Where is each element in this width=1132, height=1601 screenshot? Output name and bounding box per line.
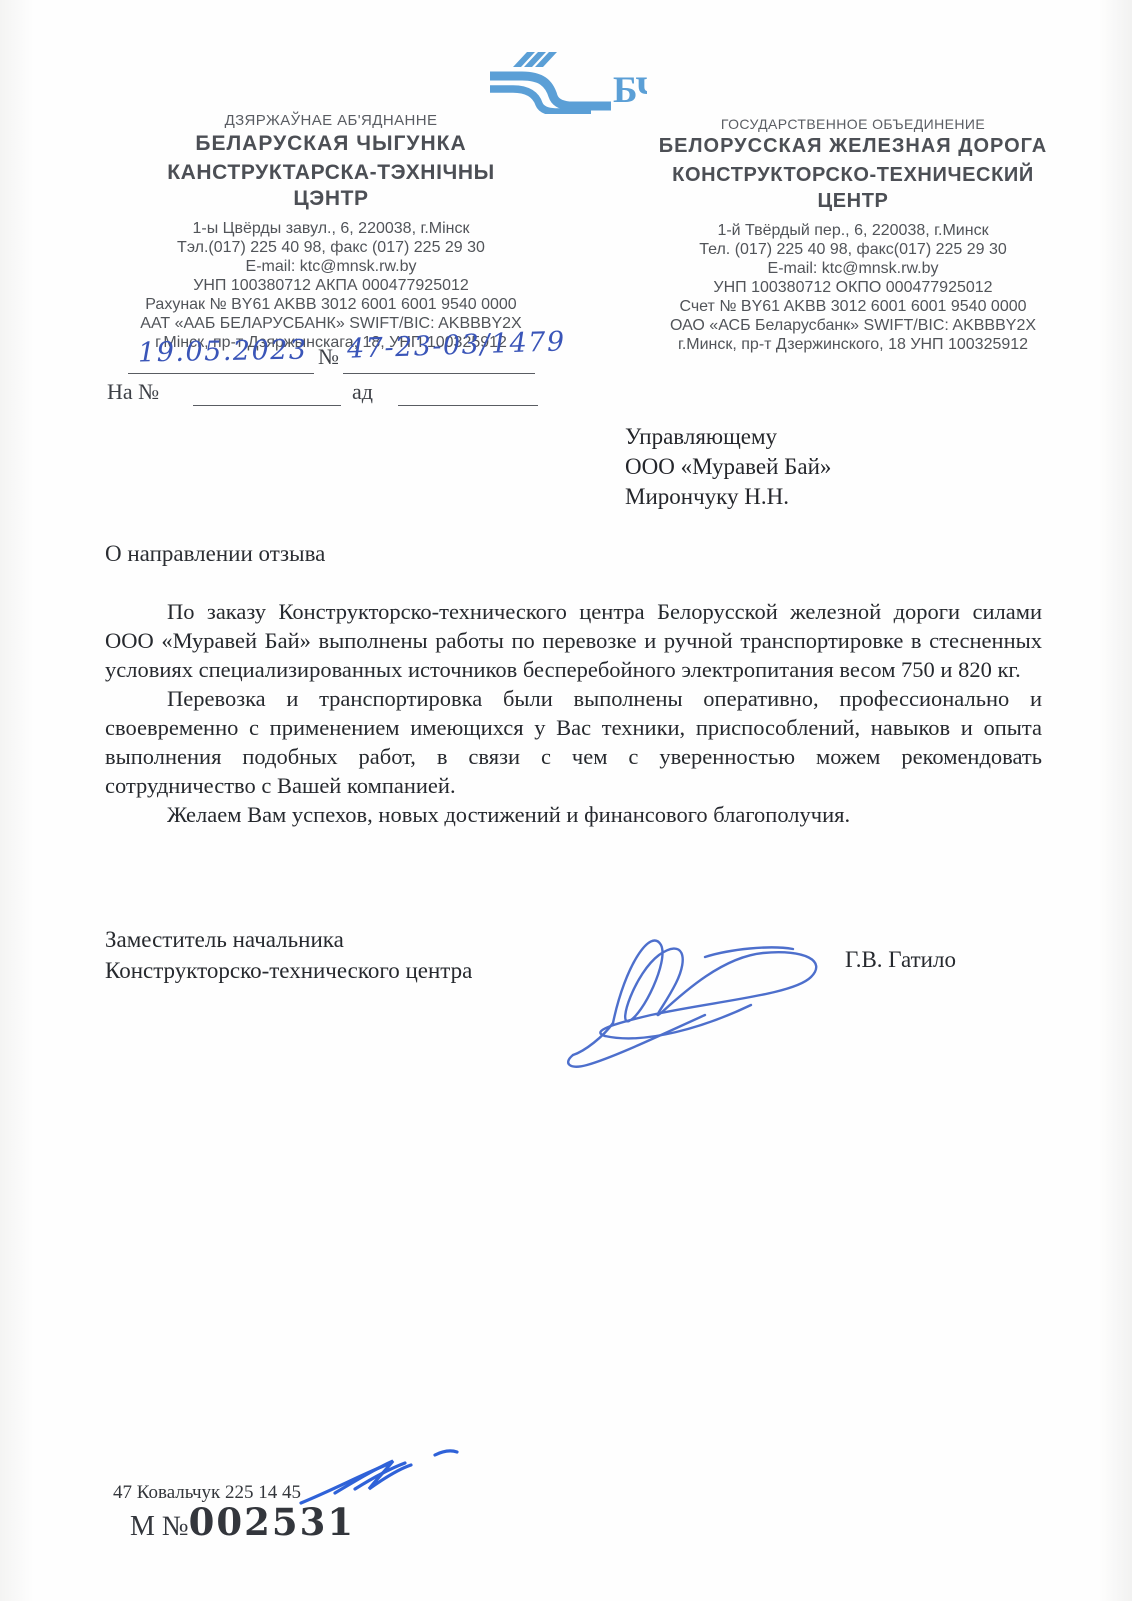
reply-to-label: На №	[107, 379, 159, 405]
center-name-ru: КОНСТРУКТОРСКО-ТЕХНИЧЕСКИЙ ЦЕНТР	[622, 162, 1084, 214]
recipient-block: Управляющему ООО «Муравей Бай» Мирончуку…	[625, 422, 831, 512]
number-label: №	[318, 344, 339, 370]
stamp-number: 002531	[189, 1500, 355, 1544]
address-line: Рахунак № BY61 AKBB 3012 6001 6001 9540 …	[100, 295, 562, 314]
address-line: 1-й Твёрдый пер., 6, 220038, г.Минск	[622, 221, 1084, 240]
handwritten-date: 19.05.2023	[138, 335, 308, 369]
number-underline	[343, 372, 535, 374]
reply-date-underline	[398, 404, 538, 406]
letterhead-right: ГОСУДАРСТВЕННОЕ ОБЪЕДИНЕНИЕ БЕЛОРУССКАЯ …	[622, 116, 1084, 354]
address-line: 1-ы Цвёрды завул., 6, 220038, г.Мінск	[100, 219, 562, 238]
org-type-ru: ГОСУДАРСТВЕННОЕ ОБЪЕДИНЕНИЕ	[622, 116, 1084, 132]
scanned-letter-page: БЧ ДЗЯРЖАЎНАЕ АБ'ЯДНАННЕ БЕЛАРУСКАЯ ЧЫГУ…	[0, 0, 1132, 1601]
center-name-ru-line2: ЦЕНТР	[622, 188, 1084, 214]
address-line: УНП 100380712 ОКПО 000477925012	[622, 278, 1084, 297]
address-line: Тэл.(017) 225 40 98, факс (017) 225 29 3…	[100, 238, 562, 257]
recipient-person: Мирончуку Н.Н.	[625, 482, 831, 512]
registration-stamp: М №002531	[130, 1500, 355, 1544]
reply-number-underline	[193, 404, 341, 406]
body-paragraph: Желаем Вам успехов, новых достижений и ф…	[105, 800, 1042, 829]
recipient-company: ООО «Муравей Бай»	[625, 452, 831, 482]
stamp-prefix: М №	[130, 1511, 189, 1542]
bch-logo: БЧ	[487, 50, 647, 114]
subject-line: О направлении отзыва	[105, 541, 325, 567]
address-line: E-mail: ktc@mnsk.rw.by	[100, 257, 562, 276]
address-line: E-mail: ktc@mnsk.rw.by	[622, 259, 1084, 278]
body-paragraph: По заказу Конструкторско-технического це…	[105, 597, 1042, 684]
signer-name: Г.В. Гатило	[845, 947, 956, 973]
railway-tracks-icon: БЧ	[487, 50, 647, 114]
signer-title: Заместитель начальника Конструкторско-те…	[105, 924, 472, 986]
org-name-by: БЕЛАРУСКАЯ ЧЫГУНКА	[100, 132, 562, 156]
signer-title-line2: Конструкторско-технического центра	[105, 955, 472, 986]
signer-title-line1: Заместитель начальника	[105, 924, 472, 955]
letterhead-left: ДЗЯРЖАЎНАЕ АБ'ЯДНАННЕ БЕЛАРУСКАЯ ЧЫГУНКА…	[100, 112, 562, 352]
letter-body: По заказу Конструкторско-технического це…	[105, 597, 1042, 829]
address-line: Счет № BY61 AKBB 3012 6001 6001 9540 000…	[622, 297, 1084, 316]
body-paragraph: Перевозка и транспортировка были выполне…	[105, 684, 1042, 800]
center-name-by-line2: ЦЭНТР	[100, 186, 562, 212]
address-block-ru: 1-й Твёрдый пер., 6, 220038, г.Минск Тел…	[622, 221, 1084, 354]
center-name-by: КАНСТРУКТАРСКА-ТЭХНІЧНЫ ЦЭНТР	[100, 160, 562, 212]
handwritten-signature	[555, 905, 865, 1075]
signature-scribble-icon	[555, 905, 865, 1075]
center-name-by-line1: КАНСТРУКТАРСКА-ТЭХНІЧНЫ	[100, 160, 562, 186]
org-name-ru: БЕЛОРУССКАЯ ЖЕЛЕЗНАЯ ДОРОГА	[622, 135, 1084, 158]
handwritten-outgoing-number: 47-23-03/1479	[347, 326, 567, 365]
address-line: г.Минск, пр-т Дзержинского, 18 УНП 10032…	[622, 335, 1084, 354]
org-type-by: ДЗЯРЖАЎНАЕ АБ'ЯДНАННЕ	[100, 112, 562, 129]
address-line: ОАО «АСБ Беларусбанк» SWIFT/BIC: AKBBBY2…	[622, 316, 1084, 335]
reply-from-label: ад	[352, 379, 373, 405]
address-line: Тел. (017) 225 40 98, факс(017) 225 29 3…	[622, 240, 1084, 259]
recipient-position: Управляющему	[625, 422, 831, 452]
center-name-ru-line1: КОНСТРУКТОРСКО-ТЕХНИЧЕСКИЙ	[622, 162, 1084, 188]
date-underline	[128, 372, 314, 374]
address-line: УНП 100380712 АКПА 000477925012	[100, 276, 562, 295]
bch-logo-text: БЧ	[613, 70, 647, 111]
